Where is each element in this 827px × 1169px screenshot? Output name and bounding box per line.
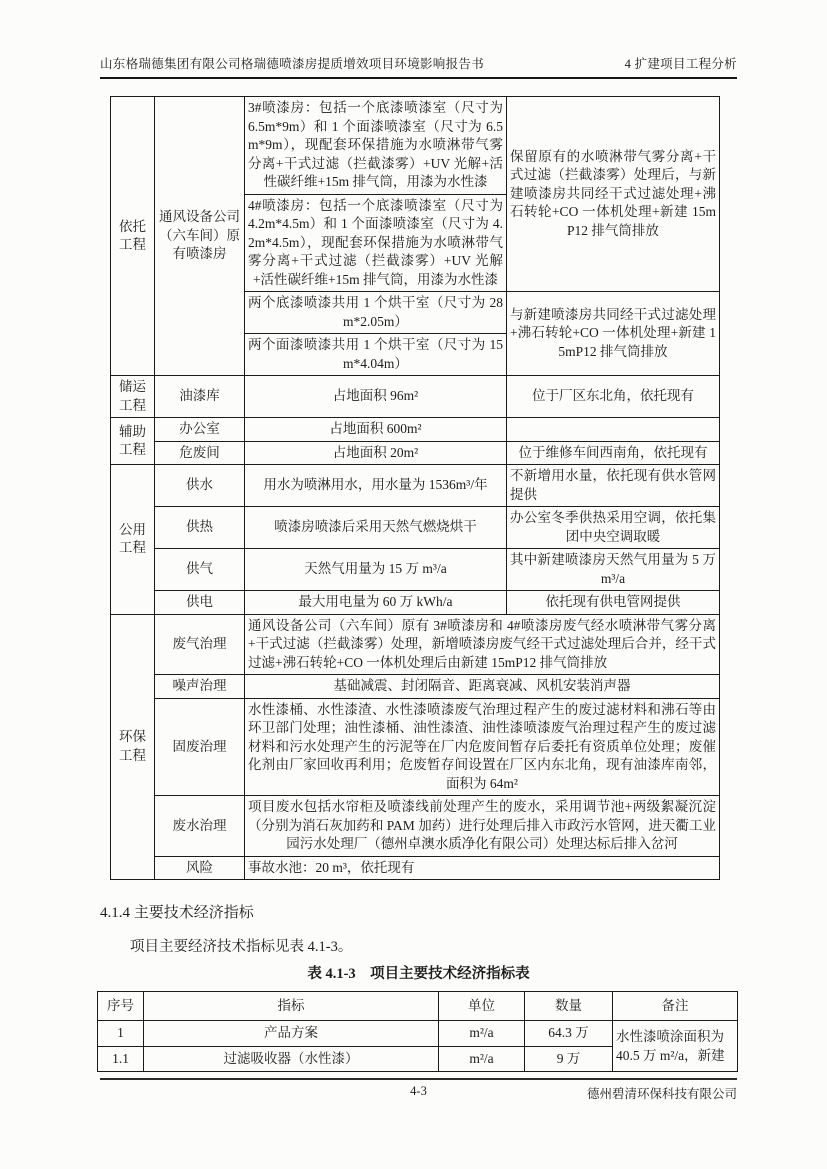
table-row: 供电 最大用电量为 60 万 kWh/a 依托现有供电管网提供: [111, 591, 720, 615]
table-row: 环保工程 废气治理 通风设备公司（六车间）原有 3#喷漆房和 4#喷漆房废气经水…: [111, 614, 720, 675]
cell-merged-remark: 水性漆喷涂面积为 40.5 万 m²/a，新建: [613, 1021, 738, 1072]
table-row: 储运工程 油漆库 占地面积 96m² 位于厂区东北角，依托现有: [111, 376, 720, 418]
cell-hazardous-waste-room-remark: 位于维修车间西南角，依托现有: [507, 441, 720, 465]
cell-category-storage-works: 储运工程: [111, 376, 155, 418]
cell-risk-content: 事故水池：20 m³，依托现有: [245, 856, 720, 880]
cell-noise-treatment-content: 基础减震、封闭隔音、距离衰减、风机安装消声器: [245, 675, 720, 699]
cell-dryers-remark: 与新建喷漆房共同经干式过滤处理+沸石转轮+CO 一体机处理+新建 15mP12 …: [507, 292, 720, 376]
header-chapter-title: 4 扩建项目工程分析: [625, 54, 737, 72]
cell-topcoat-dryer: 两个面漆喷漆共用 1 个烘干室（尺寸为 15m*4.04m）: [245, 334, 507, 376]
cell-power-supply: 供电: [155, 591, 245, 615]
cell-risk: 风险: [155, 856, 245, 880]
cell-row2-quantity: 9 万: [525, 1046, 613, 1072]
cell-category-environmental-works: 环保工程: [111, 614, 155, 880]
col-header-remark: 备注: [613, 992, 738, 1021]
cell-water-supply-content: 用水为喷淋用水，用水量为 1536m³/年: [245, 465, 507, 507]
cell-row1-no: 1: [98, 1021, 144, 1047]
cell-primer-dryer: 两个底漆喷漆共用 1 个烘干室（尺寸为 28m*2.05m）: [245, 292, 507, 334]
table-row: 噪声治理 基础减震、封闭隔音、距离衰减、风机安装消声器: [111, 675, 720, 699]
cell-office: 办公室: [155, 418, 245, 442]
cell-booth3-description: 3#喷漆房：包括一个底漆喷漆室（尺寸为 6.5m*9m）和 1 个面漆喷漆室（尺…: [245, 97, 507, 195]
section-paragraph: 项目主要经济技术指标见表 4.1-3。: [130, 935, 352, 956]
project-overview-table: 依托工程 通风设备公司（六车间）原有喷漆房 3#喷漆房：包括一个底漆喷漆室（尺寸…: [110, 96, 720, 880]
cell-noise-treatment: 噪声治理: [155, 675, 245, 699]
page-header: 山东格瑞德集团有限公司格瑞德喷漆房提质增效项目环境影响报告书 4 扩建项目工程分…: [100, 54, 737, 79]
cell-waste-gas-treatment: 废气治理: [155, 614, 245, 675]
col-header-no: 序号: [98, 992, 144, 1021]
table-row: 依托工程 通风设备公司（六车间）原有喷漆房 3#喷漆房：包括一个底漆喷漆室（尺寸…: [111, 97, 720, 195]
cell-water-supply: 供水: [155, 465, 245, 507]
cell-gas-supply-remark: 其中新建喷漆房天然气用量为 5 万 m³/a: [507, 549, 720, 591]
cell-paint-warehouse-remark: 位于厂区东北角，依托现有: [507, 376, 720, 418]
cell-power-supply-content: 最大用电量为 60 万 kWh/a: [245, 591, 507, 615]
document-page: 山东格瑞德集团有限公司格瑞德喷漆房提质增效项目环境影响报告书 4 扩建项目工程分…: [0, 0, 827, 1169]
table-row: 1 产品方案 m²/a 64.3 万 水性漆喷涂面积为 40.5 万 m²/a，…: [98, 1021, 738, 1047]
cell-row2-unit: m²/a: [439, 1046, 525, 1072]
cell-power-supply-remark: 依托现有供电管网提供: [507, 591, 720, 615]
table-row: 固废治理 水性漆桶、水性漆渣、水性漆喷漆废气治理过程产生的废过滤材料和沸石等由环…: [111, 698, 720, 796]
cell-row2-no: 1.1: [98, 1046, 144, 1072]
page-footer: 4-3 德州碧清环保科技有限公司: [100, 1078, 737, 1102]
cell-paint-warehouse: 油漆库: [155, 376, 245, 418]
cell-row1-indicator: 产品方案: [144, 1021, 439, 1047]
col-header-quantity: 数量: [525, 992, 613, 1021]
cell-paint-warehouse-area: 占地面积 96m²: [245, 376, 507, 418]
table-row: 废水治理 项目废水包括水帘柜及喷漆线前处理产生的废水，采用调节池+两级絮凝沉淀（…: [111, 796, 720, 857]
table-row: 辅助工程 办公室 占地面积 600m²: [111, 418, 720, 442]
cell-gas-supply-content: 天然气用量为 15 万 m³/a: [245, 549, 507, 591]
cell-waste-gas-treatment-content: 通风设备公司（六车间）原有 3#喷漆房和 4#喷漆房废气经水喷淋带气雾分离+干式…: [245, 614, 720, 675]
table-row: 危废间 占地面积 20m² 位于维修车间西南角，依托现有: [111, 441, 720, 465]
table-row: 风险 事故水池：20 m³，依托现有: [111, 856, 720, 880]
cell-water-supply-remark: 不新增用水量，依托现有供水管网提供: [507, 465, 720, 507]
footer-company-name: 德州碧清环保科技有限公司: [587, 1084, 737, 1102]
table-row: 供气 天然气用量为 15 万 m³/a 其中新建喷漆房天然气用量为 5 万 m³…: [111, 549, 720, 591]
section-heading: 4.1.4 主要技术经济指标: [100, 901, 254, 922]
cell-category-supporting-works: 依托工程: [111, 97, 155, 376]
col-header-unit: 单位: [439, 992, 525, 1021]
cell-waste-water-treatment-content: 项目废水包括水帘柜及喷漆线前处理产生的废水，采用调节池+两级絮凝沉淀（分别为消石…: [245, 796, 720, 857]
indicator-table-header-row: 序号 指标 单位 数量 备注: [98, 992, 738, 1021]
cell-category-auxiliary-works: 辅助工程: [111, 418, 155, 465]
table-row: 公用工程 供水 用水为喷淋用水，用水量为 1536m³/年 不新增用水量，依托现…: [111, 465, 720, 507]
cell-sub-existing-booths: 通风设备公司（六车间）原有喷漆房: [155, 97, 245, 376]
cell-solid-waste-treatment: 固废治理: [155, 698, 245, 796]
cell-row1-quantity: 64.3 万: [525, 1021, 613, 1047]
cell-office-area: 占地面积 600m²: [245, 418, 507, 442]
cell-booths-remark: 保留原有的水喷淋带气雾分离+干式过滤（拦截漆雾）处理后，与新建喷漆房共同经干式过…: [507, 97, 720, 292]
cell-booth4-description: 4#喷漆房：包括一个底漆喷漆室（尺寸为 4.2m*4.5m）和 1 个面漆喷漆室…: [245, 194, 507, 292]
col-header-indicator: 指标: [144, 992, 439, 1021]
cell-heat-supply-remark: 办公室冬季供热采用空调，依托集团中央空调取暖: [507, 507, 720, 549]
cell-row1-unit: m²/a: [439, 1021, 525, 1047]
cell-category-utility-works: 公用工程: [111, 465, 155, 615]
cell-row2-indicator: 过滤吸收器（水性漆）: [144, 1046, 439, 1072]
cell-heat-supply: 供热: [155, 507, 245, 549]
cell-heat-supply-content: 喷漆房喷漆后采用天然气燃烧烘干: [245, 507, 507, 549]
cell-office-remark: [507, 418, 720, 442]
cell-waste-water-treatment: 废水治理: [155, 796, 245, 857]
header-report-title: 山东格瑞德集团有限公司格瑞德喷漆房提质增效项目环境影响报告书: [100, 54, 484, 72]
indicator-table: 序号 指标 单位 数量 备注 1 产品方案 m²/a 64.3 万 水性漆喷涂面…: [97, 991, 738, 1072]
cell-hazardous-waste-room: 危废间: [155, 441, 245, 465]
table-row: 供热 喷漆房喷漆后采用天然气燃烧烘干 办公室冬季供热采用空调，依托集团中央空调取…: [111, 507, 720, 549]
cell-solid-waste-treatment-content: 水性漆桶、水性漆渣、水性漆喷漆废气治理过程产生的废过滤材料和沸石等由环卫部门处理…: [245, 698, 720, 796]
cell-hazardous-waste-room-area: 占地面积 20m²: [245, 441, 507, 465]
cell-gas-supply: 供气: [155, 549, 245, 591]
indicator-table-caption: 表 4.1-3 项目主要技术经济指标表: [100, 962, 737, 983]
